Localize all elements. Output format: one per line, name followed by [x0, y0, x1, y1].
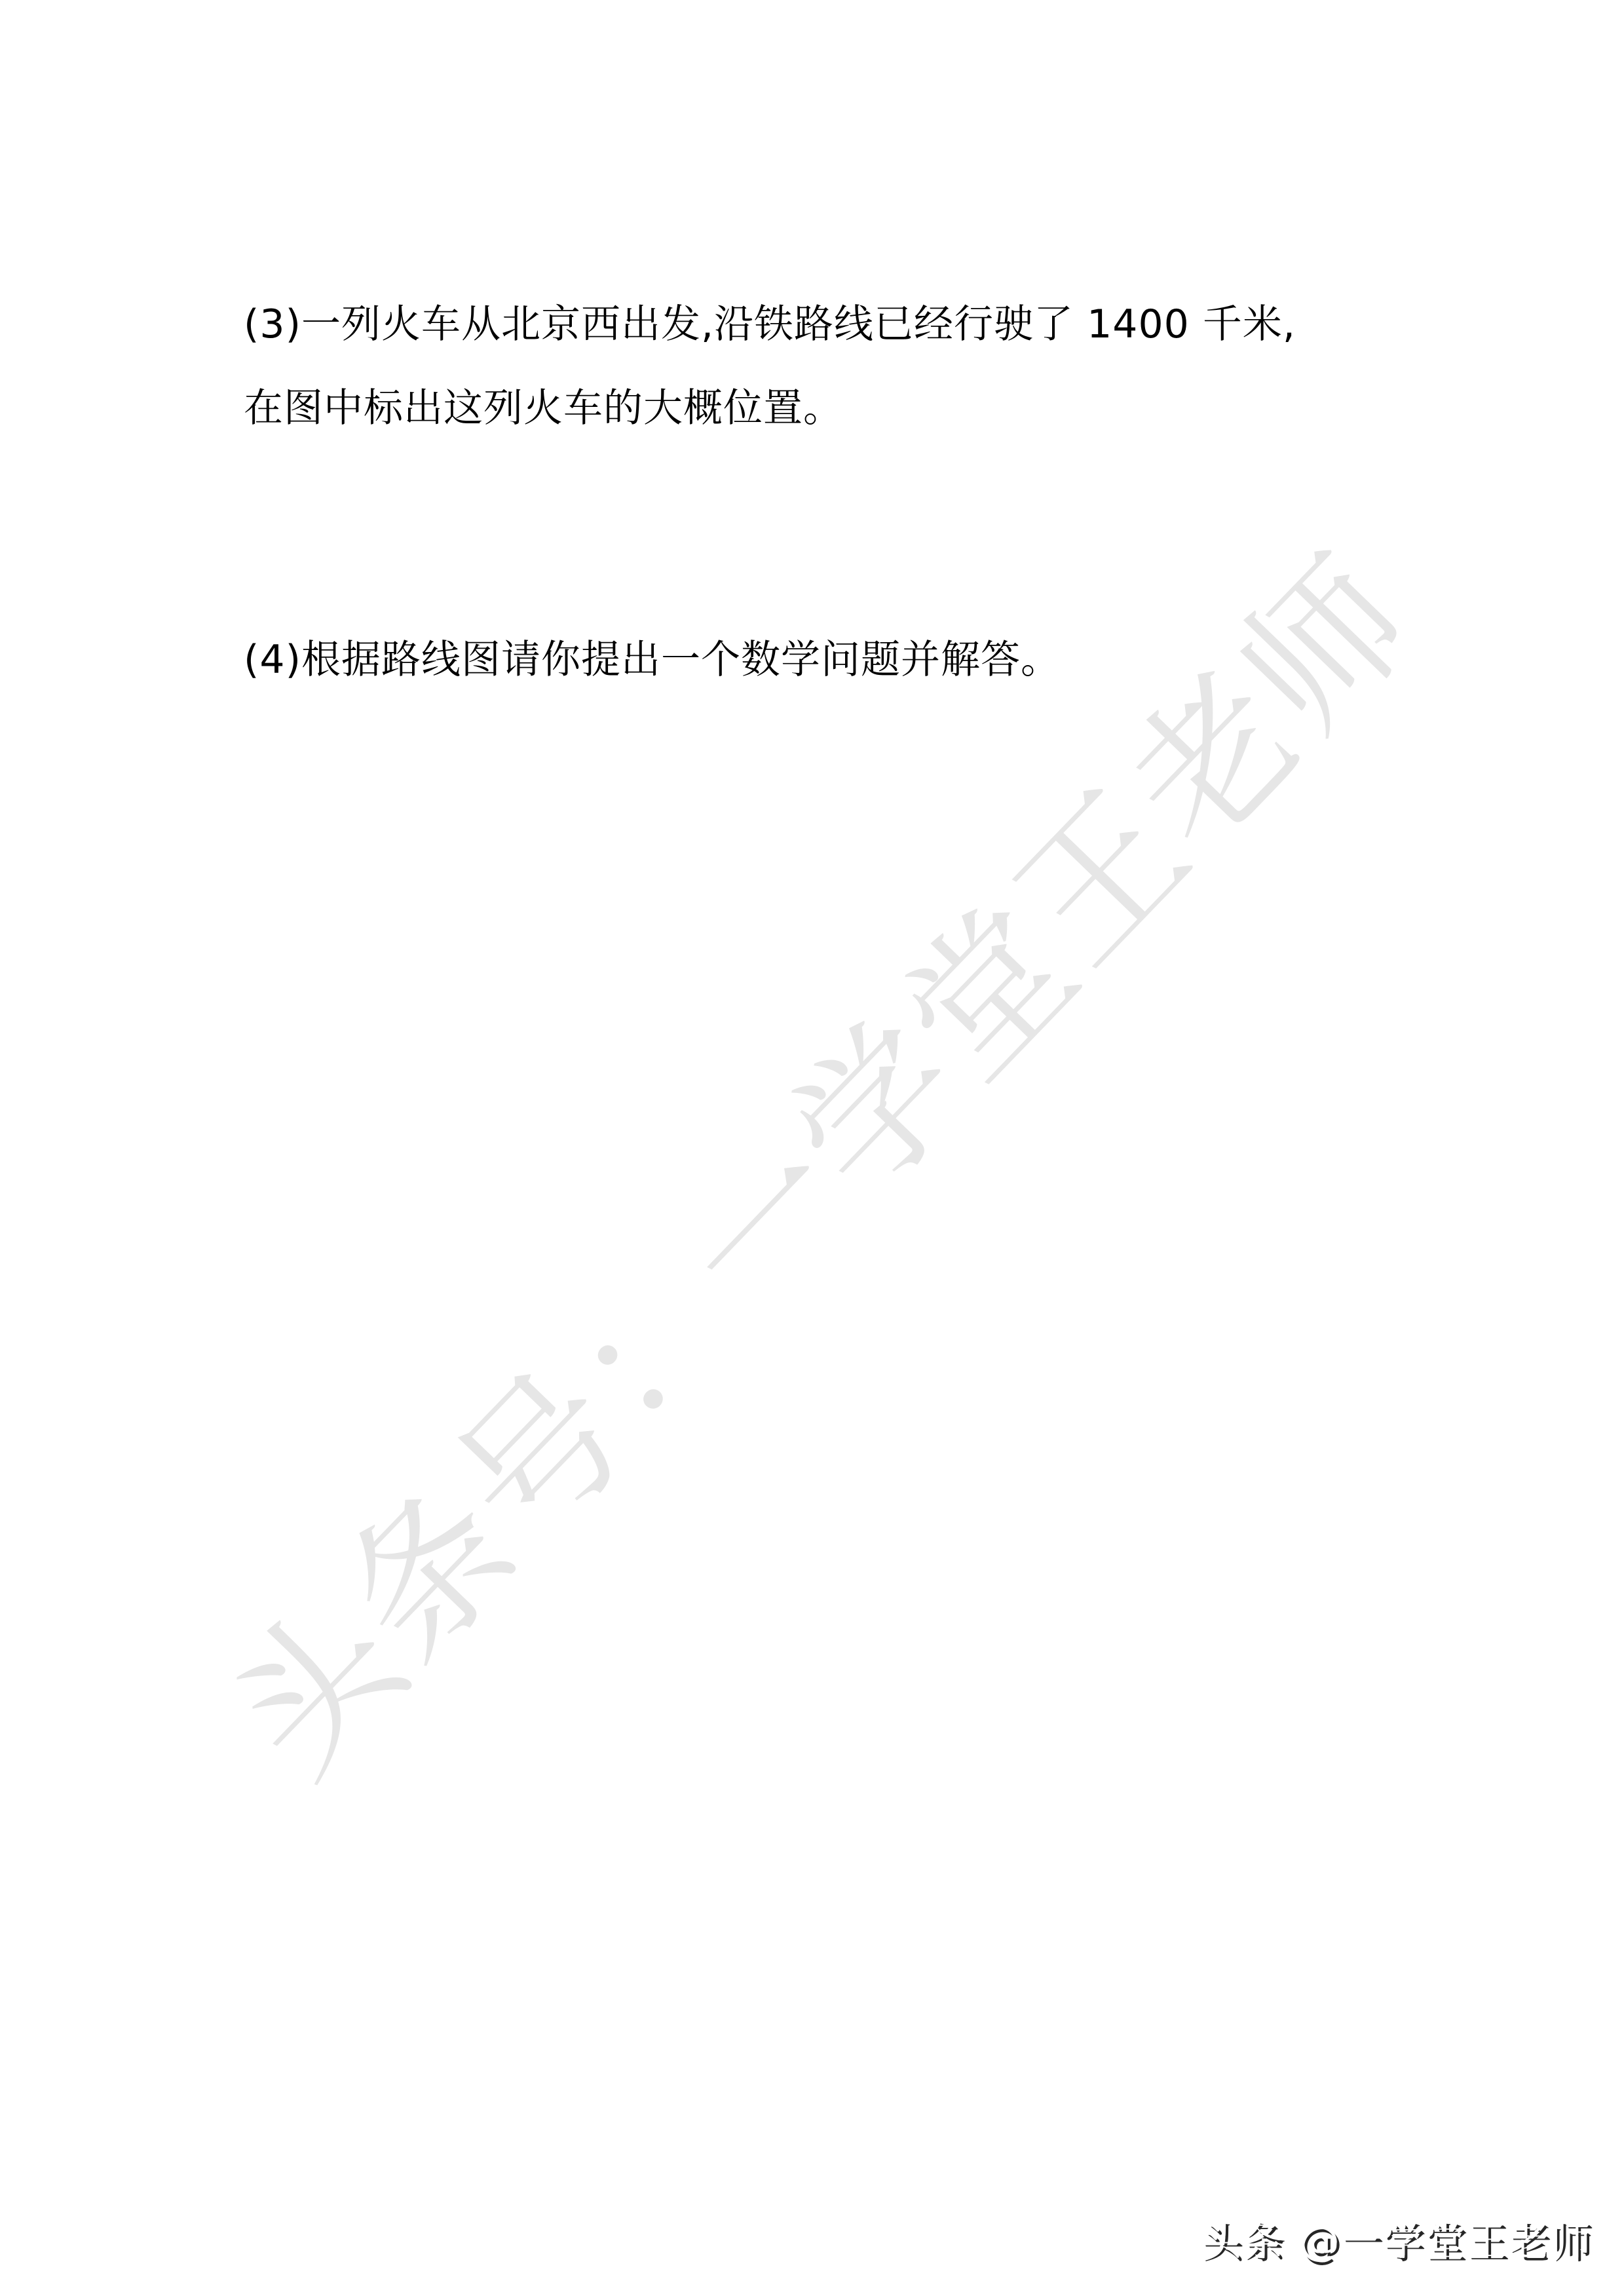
question-3-line-1: (3)一列火车从北京西出发,沿铁路线已经行驶了 1400 千米, — [244, 300, 1296, 349]
question-4-line: (4)根据路线图请你提出一个数学问题并解答。 — [244, 636, 1061, 685]
worksheet-page: 头条号：一学堂王老师 (3)一列火车从北京西出发,沿铁路线已经行驶了 1400 … — [0, 0, 1624, 2296]
footer-credit-text: 头条 @一学堂王老师 — [1203, 2220, 1595, 2268]
question-3-line-2: 在图中标出这列火车的大概位置。 — [244, 384, 843, 433]
diagonal-watermark-text: 头条号：一学堂王老师 — [172, 498, 1454, 1814]
footer-credit: 头条 @一学堂王老师 — [1203, 2220, 1595, 2268]
